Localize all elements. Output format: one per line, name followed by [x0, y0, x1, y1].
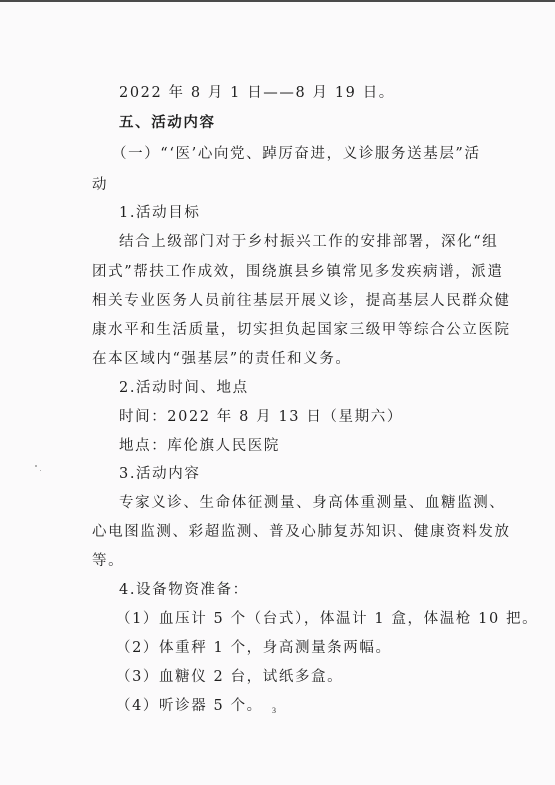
section-heading-activity-content: 五、活动内容 — [119, 113, 216, 133]
content-paragraph-line1: 专家义诊、生命体征测量、身高体重测量、血糖监测、 — [119, 493, 505, 513]
item-heading-time-place: 2.活动时间、地点 — [119, 378, 249, 398]
goal-paragraph-line2: 团式”帮扶工作成效，围绕旗县乡镇常见多发疾病谱，派遣 — [92, 262, 504, 282]
equipment-item-4: （4）听诊器 5 个。 — [116, 696, 263, 716]
activity-place: 地点：库伦旗人民医院 — [119, 436, 280, 456]
item-heading-goal: 1.活动目标 — [119, 203, 200, 223]
subsection-heading-line1: （一）“‘医’心向党、踔厉奋进，义诊服务送基层”活 — [112, 144, 481, 164]
goal-paragraph-line5: 在本区域内“强基层”的责任和义务。 — [92, 349, 352, 369]
date-range-line: 2022 年 8 月 1 日——8 月 19 日。 — [119, 83, 395, 103]
content-paragraph-line2: 心电图监测、彩超监测、普及心肺复苏知识、健康资料发放 — [92, 522, 511, 542]
subsection-heading-line2: 动 — [92, 175, 108, 195]
scan-speck — [40, 470, 41, 471]
goal-paragraph-line1: 结合上级部门对于乡村振兴工作的安排部署，深化“组 — [119, 232, 498, 252]
content-paragraph-line3: 等。 — [92, 551, 124, 571]
goal-paragraph-line4: 康水平和生活质量，切实担负起国家三级甲等综合公立医院 — [92, 320, 511, 340]
equipment-item-2: （2）体重秤 1 个，身高测量条两幅。 — [116, 638, 392, 658]
goal-paragraph-line3: 相关专业医务人员前往基层开展义诊，提高基层人民群众健 — [92, 291, 511, 311]
document-page: 2022 年 8 月 1 日——8 月 19 日。 五、活动内容 （一）“‘医’… — [0, 0, 555, 785]
equipment-item-3: （3）血糖仪 2 台，试纸多盒。 — [116, 667, 343, 687]
activity-time: 时间：2022 年 8 月 13 日（星期六） — [119, 407, 403, 427]
item-heading-equipment: 4.设备物资准备： — [119, 580, 249, 600]
page-number: 3 — [272, 706, 276, 715]
item-heading-content: 3.活动内容 — [119, 464, 200, 484]
scan-speck — [35, 465, 37, 467]
equipment-item-1: （1）血压计 5 个（台式），体温计 1 盒，体温枪 10 把。 — [116, 609, 538, 629]
